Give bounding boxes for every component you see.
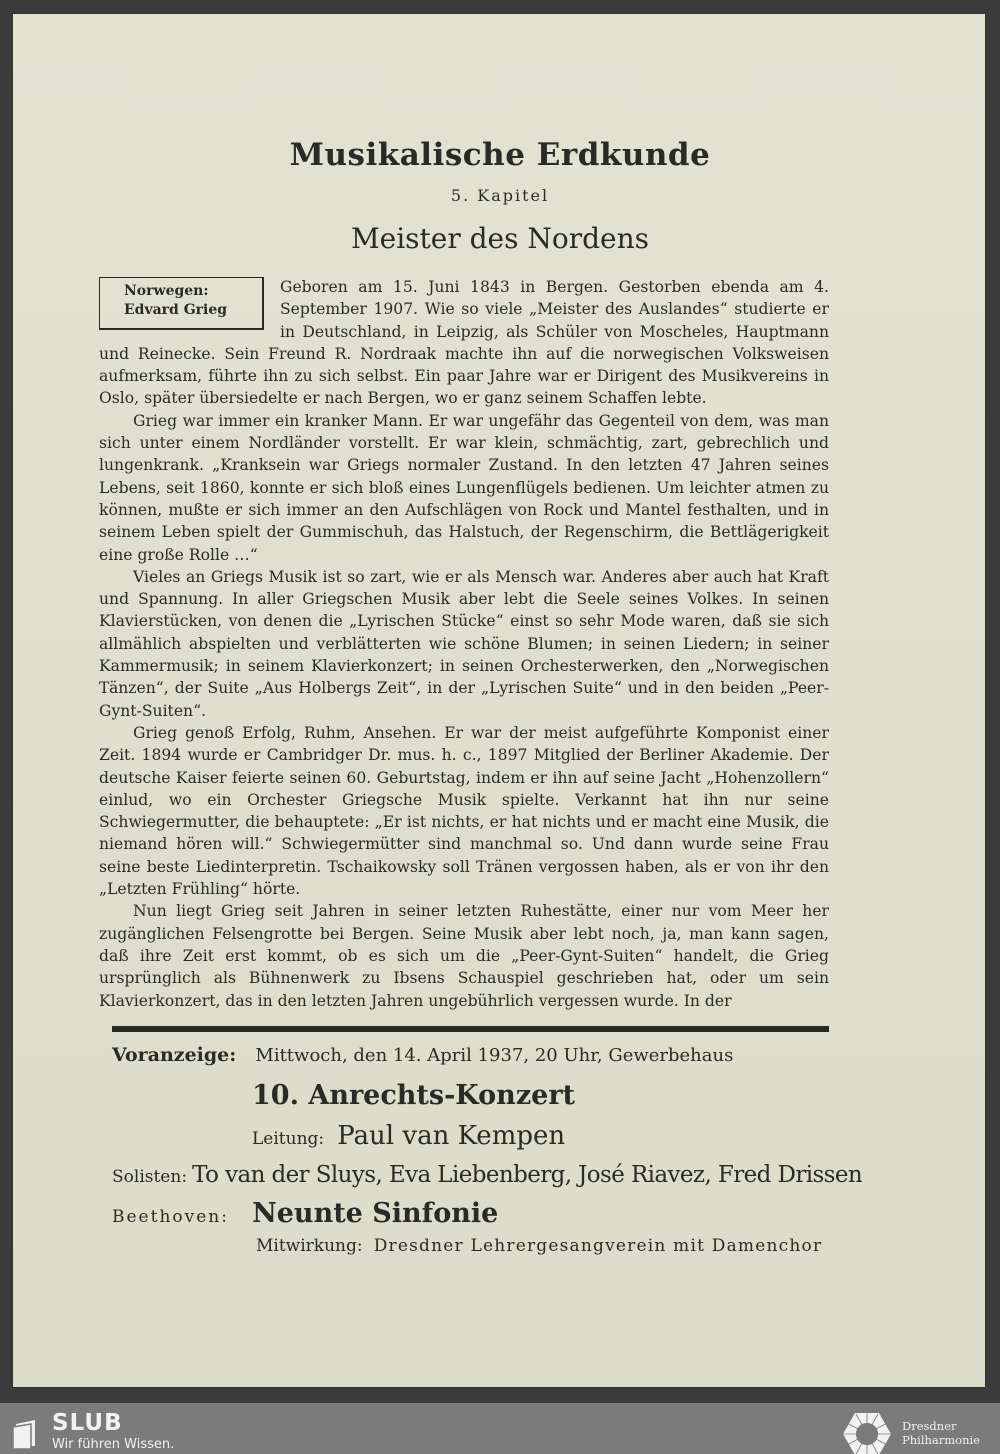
paragraph: Grieg genoß Erfolg, Ruhm, Ansehen. Er wa… [99,722,829,900]
concert-title: 10. Anrechts-Konzert [252,1080,575,1111]
collab-line: Mitwirkung: Dresdner Lehrergesangverein … [256,1236,822,1256]
topic-country: Norwegen: [100,282,262,301]
slub-tagline: Wir führen Wissen. [52,1437,174,1452]
slub-brand: SLUB [52,1410,123,1436]
slub-logo-icon [13,1419,39,1449]
topic-composer: Edvard Grieg [100,301,262,320]
paragraph: Grieg war immer ein kranker Mann. Er war… [99,410,829,566]
topic-box: Norwegen: Edvard Grieg [99,277,264,330]
page-title: Musikalische Erdkunde [0,137,1000,173]
conductor-label: Leitung: [252,1129,324,1149]
conductor-name: Paul van Kempen [337,1121,565,1151]
announcement-label: Voranzeige: [112,1044,236,1066]
soloists-line: Solisten: To van der Sluys, Eva Liebenbe… [112,1162,862,1188]
work-line: Beethoven: Neunte Sinfonie [112,1198,498,1229]
philharmonie-brand-line1: Dresdner [902,1419,980,1433]
footer-bar: SLUB Wir führen Wissen. Dresdner Philhar… [0,1403,1000,1454]
announcement-header: Voranzeige: Mittwoch, den 14. April 1937… [112,1044,733,1066]
section-divider [112,1026,829,1032]
work-title: Neunte Sinfonie [252,1198,498,1229]
paragraph: Nun liegt Grieg seit Jahren in seiner le… [99,900,829,1011]
paragraph: Vieles an Griegs Musik ist so zart, wie … [99,566,829,722]
chapter-label: 5. Kapitel [0,186,1000,205]
page-subtitle: Meister des Nordens [0,222,1000,255]
soloists-names: To van der Sluys, Eva Liebenberg, José R… [192,1162,862,1188]
collab-label: Mitwirkung: [256,1236,363,1256]
philharmonie-brand-line2: Philharmonie [902,1433,980,1447]
composer-label: Beethoven: [112,1207,229,1227]
dresdner-philharmonie-logo-icon [842,1411,892,1454]
collab-name: Dresdner Lehrergesangverein mit Damencho… [374,1236,823,1256]
philharmonie-brand: Dresdner Philharmonie [902,1419,980,1447]
conductor-line: Leitung: Paul van Kempen [252,1121,565,1151]
soloists-label: Solisten: [112,1167,187,1187]
article-body: Norwegen: Edvard Grieg Geboren am 15. Ju… [99,276,829,1012]
announcement-date-venue: Mittwoch, den 14. April 1937, 20 Uhr, Ge… [255,1045,733,1066]
